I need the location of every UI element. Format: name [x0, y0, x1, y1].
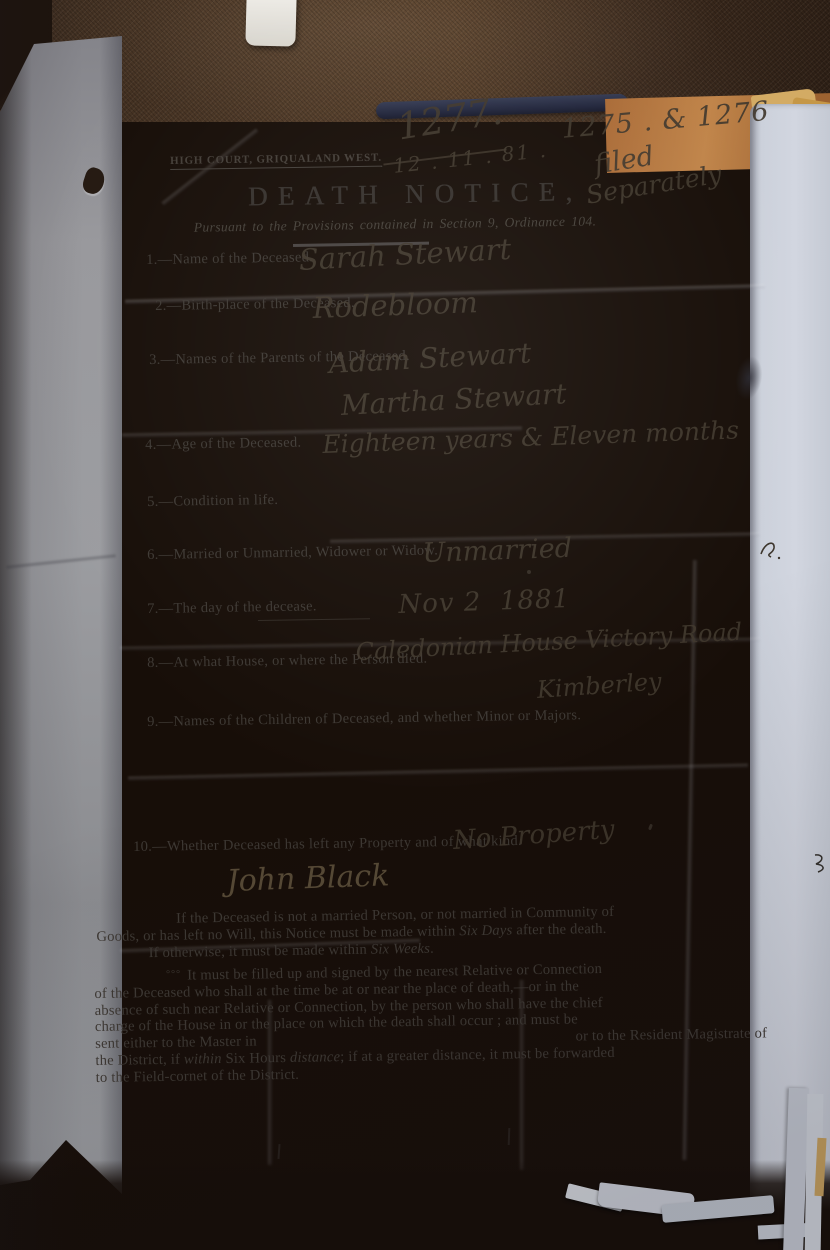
form-label-condition: 5.—Condition in life. [147, 492, 278, 511]
answer-birthplace: Rodebloom [312, 285, 478, 325]
stray-ink-mark [812, 852, 830, 874]
white-bookmark-tab [245, 0, 296, 47]
form-label-name: 1.—Name of the Deceased. [146, 249, 313, 269]
stray-ink-flourish [757, 538, 783, 564]
form-label-age: 4.—Age of the Deceased. [145, 435, 302, 454]
answer-death-day: Nov 2 1881 [398, 584, 571, 620]
form-label-death-day: 7.—The day of the decease. [147, 598, 317, 618]
asterism-mark: °°° [166, 969, 187, 980]
signature-john-black: John Black [226, 858, 390, 899]
ink-dot [527, 570, 531, 574]
footnote-filing-deadline: If the Deceased is not a married Person,… [96, 902, 765, 963]
footnote-instructions: °°°It must be filled up and signed by th… [94, 957, 768, 1086]
photographed-death-notice-page: HIGH COURT, GRIQUALAND WEST. DEATH NOTIC… [0, 0, 830, 1250]
answer-marital-status: Unmarried [422, 533, 573, 569]
footnote-line-segment: or to the Resident Magistrate of [575, 1026, 767, 1046]
